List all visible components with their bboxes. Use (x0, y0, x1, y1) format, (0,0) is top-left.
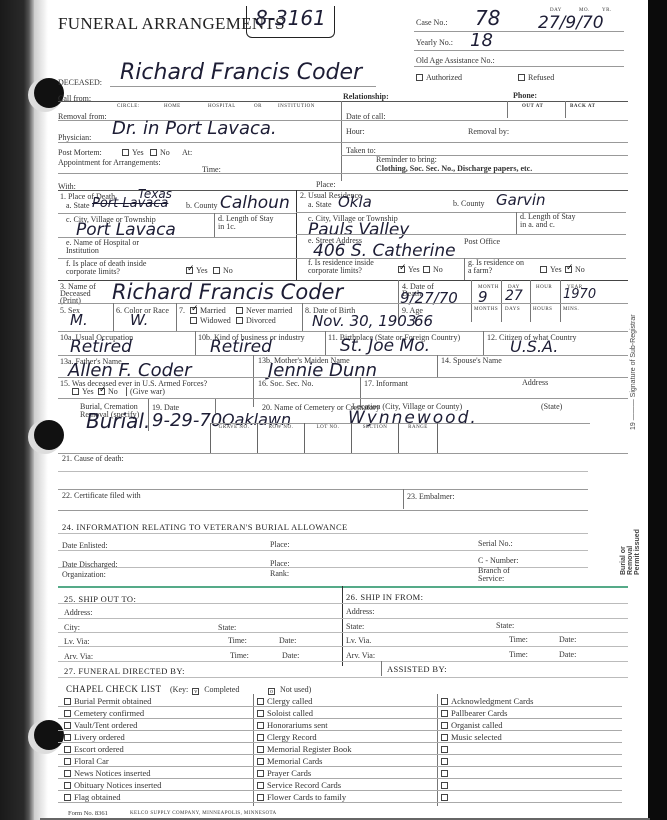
divider (195, 331, 196, 355)
out-arv-date-label: Date: (282, 651, 299, 660)
county-label: b. County (186, 201, 218, 210)
county-value[interactable]: Calhoun (220, 193, 290, 213)
hour-label: Hour: (346, 127, 365, 136)
reminder-items: Clothing, Soc. Sec. No., Discharge paper… (376, 164, 532, 173)
res-limits-yes[interactable]: Yes (398, 265, 420, 274)
res-state-label: a. State (308, 200, 332, 209)
in-arv-date-label: Date: (559, 650, 576, 659)
form-number: Form No. 8361 (68, 810, 108, 817)
divider (560, 280, 561, 322)
dod-year[interactable]: 1970 (563, 287, 596, 302)
marital-never[interactable]: Never married (236, 306, 292, 315)
enlisted-place-label: Place: (270, 540, 290, 549)
occupation-value[interactable]: Retired (70, 337, 132, 357)
appointment-label: Appointment for Arrangements: (58, 158, 161, 167)
checklist-item[interactable]: Flag obtained (64, 792, 121, 802)
checklist-item[interactable]: Memorial Register Book (257, 744, 352, 754)
directed-by-label: 27. FUNERAL DIRECTED BY: (64, 666, 185, 676)
divider (565, 101, 566, 118)
checkbox[interactable] (441, 734, 448, 741)
informant-label: 17. Informant (364, 379, 408, 388)
divider (471, 280, 472, 322)
divider (176, 303, 177, 331)
circle-option: CIRCLE: (117, 104, 140, 109)
circle-home[interactable]: HOME (164, 104, 181, 109)
checkbox[interactable] (441, 794, 448, 801)
embalmer-label: 23. Embalmer: (407, 492, 455, 501)
dod-hour-label: HOUR (536, 285, 552, 290)
armed-no[interactable]: No (98, 387, 118, 396)
checkbox[interactable] (64, 782, 71, 789)
serial-label: Serial No.: (478, 539, 513, 548)
checklist-item[interactable]: Organist called (441, 720, 503, 730)
row-no-cell[interactable]: ROW NO. (257, 423, 304, 453)
date-enlisted-label: Date Enlisted: (62, 541, 108, 550)
post-mortem-no[interactable]: No (150, 148, 170, 157)
age-value[interactable]: 66 (414, 312, 433, 330)
post-office-label: Post Office (464, 237, 500, 246)
checklist-item[interactable]: Service Record Cards (257, 780, 341, 790)
checkbox[interactable] (236, 317, 243, 324)
divider (214, 213, 215, 237)
checklist-item[interactable]: Soloist called (257, 708, 313, 718)
in-lv-date-label: Date: (559, 635, 576, 644)
checklist-item[interactable] (441, 744, 451, 754)
checkbox[interactable] (98, 388, 105, 395)
checkbox[interactable] (441, 722, 448, 729)
scan-edge (648, 0, 667, 820)
divider (58, 603, 628, 604)
farm-yes[interactable]: Yes (540, 265, 562, 274)
case-no-label: Case No.: (416, 18, 448, 27)
checkbox[interactable] (257, 734, 264, 741)
authorized-option[interactable]: Authorized (416, 73, 462, 82)
checkbox[interactable] (190, 307, 197, 314)
birthplace-value[interactable]: St. Joe Mo. (340, 336, 430, 356)
divider (403, 489, 404, 509)
organization-label: Organization: (62, 570, 106, 579)
divider (58, 101, 628, 102)
age-months-label: MONTHS (474, 307, 498, 312)
checklist-item[interactable]: Honorariums sent (257, 720, 328, 730)
divider (113, 303, 114, 331)
checkbox[interactable] (64, 746, 71, 753)
divider (341, 101, 342, 181)
disposition-value[interactable]: Burial. (86, 409, 150, 433)
refused-checkbox[interactable] (518, 74, 525, 81)
checkbox[interactable] (64, 770, 71, 777)
checklist-row: Vault/Tent orderedHonorariums sentOrgani… (58, 719, 622, 731)
ship-in-heading: 26. SHIP IN FROM: (346, 592, 423, 602)
in-state-label-2: State: (496, 621, 514, 630)
checklist-item[interactable]: Acknowledgment Cards (441, 696, 533, 706)
res-stay-label: d. Length of Stay in a. and c. (520, 213, 580, 229)
dod-value[interactable]: 9/27/70 (400, 289, 458, 307)
checkbox[interactable] (64, 794, 71, 801)
checklist-item[interactable]: Memorial Cards (257, 756, 322, 766)
dob-value[interactable]: Nov. 30, 1903 (312, 312, 416, 330)
divider (110, 86, 376, 87)
checklist-row: Livery orderedClergy RecordMusic selecte… (58, 731, 622, 743)
limits-yes[interactable]: Yes (186, 266, 208, 275)
header-date[interactable]: 27/9/70 (538, 13, 604, 33)
res-limits-no[interactable]: No (423, 265, 443, 274)
checklist-item[interactable]: Escort ordered (64, 744, 124, 754)
divider (58, 142, 628, 143)
rank-label: Rank: (270, 569, 289, 578)
checkbox[interactable] (423, 266, 430, 273)
binder-strip (0, 0, 34, 820)
checkbox[interactable] (398, 266, 405, 273)
out-city-label: City: (64, 623, 80, 632)
checklist-row: Floral CarMemorial Cards (58, 755, 622, 767)
divider (342, 586, 343, 666)
divider (58, 550, 588, 551)
checklist-row: Cemetery confirmedSoloist calledPallbear… (58, 707, 622, 719)
checklist-item[interactable] (441, 792, 451, 802)
divider (507, 101, 508, 118)
circle-institution[interactable]: INSTITUTION (278, 104, 315, 109)
checkbox[interactable] (257, 746, 264, 753)
checklist-item[interactable]: Vault/Tent ordered (64, 720, 137, 730)
checkbox[interactable] (64, 734, 71, 741)
checklist-item[interactable]: Clergy called (257, 696, 312, 706)
out-lv-date-label: Date: (279, 636, 296, 645)
divider (483, 331, 484, 355)
permit-issued-label: Burial or Removal Permit issued (620, 525, 641, 575)
checkbox[interactable] (122, 149, 129, 156)
checkbox[interactable] (64, 710, 71, 717)
divider (58, 510, 588, 511)
grave-no-cell[interactable]: GRAVE NO. (210, 423, 257, 453)
divider (58, 618, 628, 619)
divider (148, 399, 149, 431)
out-state-label: State: (218, 623, 236, 632)
marital-label: 7. (179, 306, 185, 315)
divider (437, 355, 438, 377)
divider (516, 212, 517, 234)
in-arv-via-label: Arv. Via: (346, 651, 375, 660)
branch-label: Branch of Service: (478, 567, 518, 583)
back-at-label: BACK AT (570, 104, 596, 109)
scan-shadow (34, 0, 48, 820)
state-value[interactable]: Texas (138, 187, 172, 201)
divider (414, 50, 624, 51)
age-mins-label: MINS. (563, 307, 579, 312)
old-age-label: Old Age Assistance No.: (416, 56, 495, 65)
checklist-item[interactable] (441, 768, 451, 778)
physician-value[interactable]: Dr. in Port Lavaca. (112, 118, 277, 139)
cause-label: 21. Cause of death: (62, 454, 124, 463)
res-county-value[interactable]: Garvin (496, 191, 546, 209)
divider (296, 234, 626, 235)
divider (414, 31, 624, 32)
registrar-signature-label: 19 ——— Signature of Sub-Registrar (630, 314, 637, 430)
checklist-row: Burial Permit obtainedClergy calledAckno… (58, 695, 622, 707)
divider (58, 632, 628, 633)
checkbox[interactable] (236, 307, 243, 314)
farm-label: g. Is residence on a farm? (468, 259, 528, 275)
checkbox[interactable] (64, 722, 71, 729)
yearly-no-label: Yearly No.: (416, 38, 453, 47)
divider (501, 280, 502, 322)
out-address-label: Address: (64, 608, 92, 617)
burial-state-label: (State) (541, 402, 562, 411)
checklist-row: Flag obtainedFlower Cards to family (58, 791, 622, 803)
res-state-value[interactable]: Okla (338, 193, 372, 211)
checkbox[interactable] (64, 698, 71, 705)
checkbox[interactable] (441, 746, 448, 753)
completed-key-box: v (192, 688, 199, 695)
divider (325, 331, 326, 355)
checkbox[interactable] (565, 266, 572, 273)
physician-label: Physician: (58, 133, 91, 142)
dod-day[interactable]: 27 (505, 288, 523, 304)
spouse-label: 14. Spouse's Name (441, 356, 502, 365)
divider (253, 355, 254, 407)
circle-hospital[interactable]: HOSPITAL (208, 104, 236, 109)
divider (215, 399, 216, 414)
yearly-no-value[interactable]: 18 (470, 30, 493, 51)
certificate-label: 22. Certificate filed with (62, 492, 141, 500)
checkbox[interactable] (257, 770, 264, 777)
publisher: KELCO SUPPLY COMPANY, MINNEAPOLIS, MINNE… (130, 811, 277, 816)
name-value[interactable]: Richard Francis Coder (112, 280, 343, 304)
cause-line (58, 471, 588, 472)
checklist-item[interactable]: Livery ordered (64, 732, 125, 742)
lot-no-cell[interactable]: LOT NO. (304, 423, 351, 453)
not-used-key: o Not used) (268, 685, 311, 695)
marital-married[interactable]: Married (190, 306, 226, 315)
res-limits-label: f. Is residence inside corporate limits? (308, 259, 388, 275)
divider (58, 453, 628, 454)
deceased-value[interactable]: Richard Francis Coder (120, 60, 362, 85)
hospital-label: e. Name of Hospital or Institution (66, 239, 156, 255)
checklist-item[interactable]: Flower Cards to family (257, 792, 346, 802)
age-days-label: DAYS (505, 307, 520, 312)
farm-no[interactable]: No (565, 265, 585, 274)
race-value[interactable]: W. (130, 311, 148, 329)
post-mortem-label: Post Mortem: (58, 148, 102, 157)
punch-hole (34, 420, 64, 450)
checkbox[interactable] (441, 710, 448, 717)
in-lv-via-label: Lv. Via. (346, 636, 371, 645)
divider (58, 646, 628, 647)
checklist-row: Obituary Notices insertedService Record … (58, 779, 622, 791)
checkbox[interactable] (441, 698, 448, 705)
in-lv-time-label: Time: (509, 635, 528, 644)
checklist-item[interactable]: News Notices inserted (64, 768, 150, 778)
give-war-label: (Give war) (126, 387, 165, 396)
divider (381, 661, 382, 676)
armed-yes[interactable]: Yes (72, 387, 94, 396)
limits-no[interactable]: No (213, 266, 233, 275)
plot-table: GRAVE NO. ROW NO. LOT NO. SECTION RANGE (210, 423, 438, 453)
c-number-label: C - Number: (478, 556, 518, 565)
checkbox[interactable] (441, 782, 448, 789)
checklist-row: Escort orderedMemorial Register Book (58, 743, 622, 755)
divider (58, 173, 628, 174)
deceased-label: DECEASED: (58, 78, 102, 87)
checklist-item[interactable] (441, 780, 451, 790)
checklist-item[interactable]: Music selected (441, 732, 502, 742)
in-address-label: Address: (346, 607, 374, 616)
post-mortem-yes[interactable]: Yes (122, 148, 144, 157)
divider (58, 586, 628, 588)
checkbox[interactable] (257, 710, 264, 717)
checkbox[interactable] (257, 794, 264, 801)
divider (530, 280, 531, 322)
in-state-label: State: (346, 622, 364, 631)
taken-to-label: Taken to: (346, 146, 376, 155)
place-label: Place: (316, 180, 336, 189)
checklist-item[interactable]: Clergy Record (257, 732, 317, 742)
section-cell[interactable]: SECTION (351, 423, 398, 453)
divider (58, 533, 588, 534)
ssn-label: 16. Soc. Sec. No. (258, 379, 313, 388)
divider (58, 303, 628, 304)
checkbox[interactable] (72, 388, 79, 395)
checkbox[interactable] (441, 758, 448, 765)
circle-or: OR (254, 104, 262, 109)
checklist-row: News Notices insertedPrayer Cards (58, 767, 622, 779)
limits-label: f. Is place of death inside corporate li… (66, 260, 176, 276)
divider (58, 677, 628, 678)
checkbox[interactable] (257, 698, 264, 705)
checkbox[interactable] (150, 149, 157, 156)
checkbox[interactable] (190, 317, 197, 324)
relationship-label: Relationship: (343, 92, 389, 101)
checkbox[interactable] (257, 722, 264, 729)
checkbox[interactable] (257, 782, 264, 789)
checklist-key: (Key: v Completed (170, 685, 239, 695)
removal-by-label: Removal by: (468, 127, 509, 136)
divider (58, 398, 628, 399)
business-value[interactable]: Retired (210, 337, 272, 357)
checkbox[interactable] (213, 267, 220, 274)
checkbox[interactable] (186, 267, 193, 274)
name-label: 3. Name of Deceased (Print) (60, 283, 110, 304)
reminder-label: Reminder to bring: (376, 156, 437, 164)
at-label: At: (182, 148, 192, 157)
range-cell[interactable]: RANGE (398, 423, 438, 453)
stay-label: d. Length of Stay in 1c. (218, 215, 278, 231)
checklist-heading: CHAPEL CHECK LIST (66, 684, 161, 694)
checklist-item[interactable]: Burial Permit obtained (64, 696, 151, 706)
checklist-item[interactable]: Prayer Cards (257, 768, 311, 778)
out-lv-via-label: Lv. Via: (64, 637, 90, 646)
checkbox[interactable] (540, 266, 547, 273)
checklist-item[interactable]: Cemetery confirmed (64, 708, 144, 718)
checklist-item[interactable] (441, 756, 451, 766)
res-county-label: b. County (453, 199, 485, 208)
out-lv-time-label: Time: (228, 636, 247, 645)
divider (58, 489, 588, 490)
out-at-label: OUT AT (522, 104, 543, 109)
authorized-checkbox[interactable] (416, 74, 423, 81)
not-used-key-box: o (268, 688, 275, 695)
assisted-by-label: ASSISTED BY: (387, 664, 447, 674)
checklist-item[interactable]: Pallbearer Cards (441, 708, 507, 718)
case-no-value[interactable]: 78 (475, 6, 500, 30)
checklist-item[interactable]: Obituary Notices inserted (64, 780, 161, 790)
checkbox[interactable] (441, 770, 448, 777)
out-arv-time-label: Time: (230, 651, 249, 660)
out-arv-via-label: Arv. Via: (64, 652, 93, 661)
refused-option[interactable]: Refused (518, 73, 554, 82)
sex-value[interactable]: M. (70, 311, 88, 329)
in-arv-time-label: Time: (509, 650, 528, 659)
divider (414, 66, 624, 67)
divider (58, 661, 628, 662)
divider (58, 331, 628, 332)
marital-widowed[interactable]: Widowed (190, 316, 231, 325)
divider (302, 303, 303, 331)
state-label: a. State (66, 201, 90, 210)
divider (296, 190, 297, 280)
divider (464, 258, 465, 280)
checkbox[interactable] (64, 758, 71, 765)
marital-divorced[interactable]: Divorced (236, 316, 276, 325)
address-label: Address (522, 378, 548, 387)
veteran-heading: 24. INFORMATION RELATING TO VETERAN'S BU… (62, 522, 348, 532)
age-hours-label: HOURS (533, 307, 552, 312)
file-number: 8-3161 (246, 6, 335, 38)
phone-label: Phone: (513, 91, 537, 100)
citizen-value[interactable]: U.S.A. (510, 337, 558, 356)
checklist-item[interactable]: Floral Car (64, 756, 109, 766)
checkbox[interactable] (257, 758, 264, 765)
